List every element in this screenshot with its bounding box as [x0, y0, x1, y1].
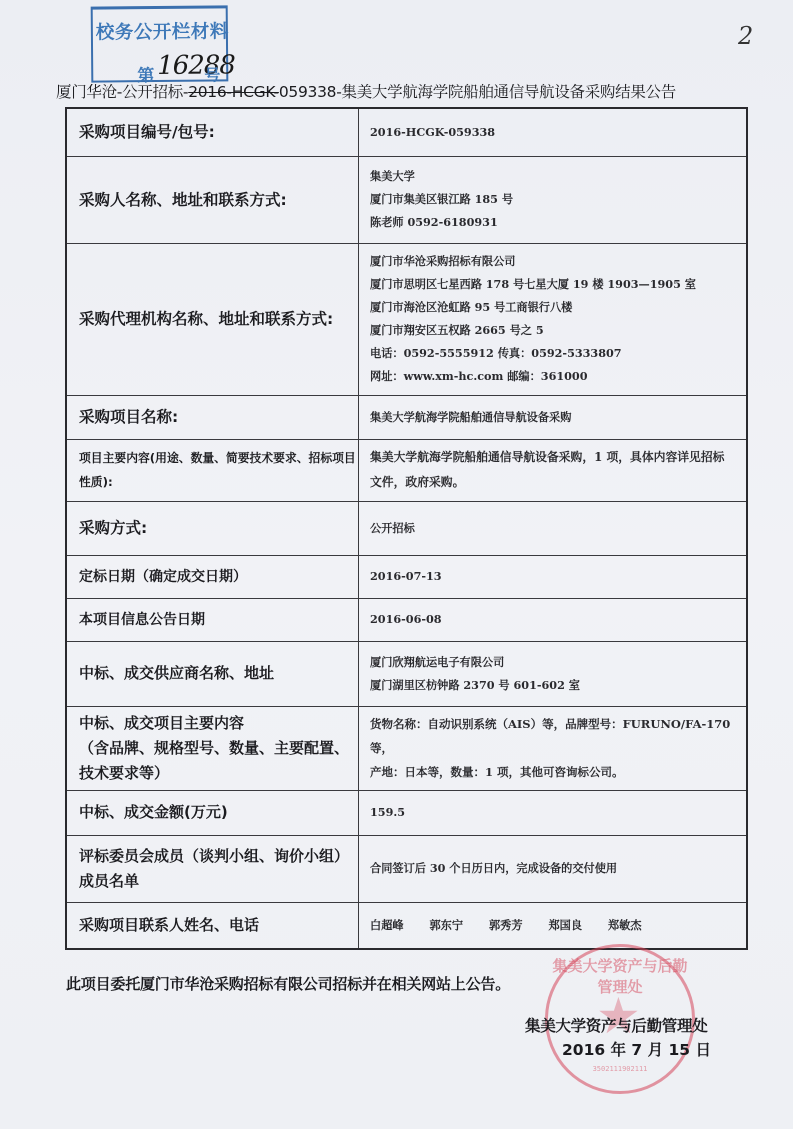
row-label: 采购项目联系人姓名、电话 [66, 902, 359, 949]
row-label: 本项目信息公告日期 [66, 598, 359, 641]
row-value: 厦门欣翔航运电子有限公司 厦门湖里区枋钟路 2370 号 601-602 室 [359, 641, 748, 706]
row-value: 公开招标 [359, 501, 748, 555]
row-value: 2016-06-08 [359, 598, 748, 641]
row-label: 评标委员会成员（谈判小组、询价小组） 成员名单 [66, 835, 359, 902]
table-row: 评标委员会成员（谈判小组、询价小组） 成员名单 合同签订后 30 个日历日内，完… [66, 835, 747, 902]
procurement-result-table: 采购项目编号/包号: 2016-HCGK-059338 采购人名称、地址和联系方… [65, 107, 748, 950]
table-row: 采购项目编号/包号: 2016-HCGK-059338 [66, 108, 747, 156]
signing-organization: 集美大学资产与后勤管理处 [525, 1014, 707, 1036]
row-label: 中标、成交供应商名称、地址 [66, 641, 359, 706]
contact-names: 白超峰 郭东宁 郭秀芳 郑国良 郑敏杰 [359, 902, 748, 949]
row-label: 中标、成交金额(万元) [66, 790, 359, 835]
row-value: 厦门市华沧采购招标有限公司 厦门市思明区七星西路 178 号七星大厦 19 楼 … [359, 243, 748, 395]
publicity-stamp: 校务公开栏材料 第 16288 号 [91, 5, 229, 82]
contact-name: 郭秀芳 [489, 914, 523, 937]
row-label: 采购人名称、地址和联系方式: [66, 156, 359, 243]
row-value: 集美大学航海学院船舶通信导航设备采购 [359, 395, 748, 439]
row-value: 2016-07-13 [359, 555, 748, 598]
table-row: 采购项目名称: 集美大学航海学院船舶通信导航设备采购 [66, 395, 747, 439]
row-label: 采购方式: [66, 501, 359, 555]
row-label: 项目主要内容(用途、数量、简要技术要求、招标项目性质): [66, 439, 359, 501]
row-value: 159.5 [359, 790, 748, 835]
document-title: 厦门华沧-公开招标-2016-HCGK-059338-集美大学航海学院船舶通信导… [56, 80, 756, 102]
row-label: 采购项目名称: [66, 395, 359, 439]
row-label: 采购项目编号/包号: [66, 108, 359, 156]
row-label: 采购代理机构名称、地址和联系方式: [66, 243, 359, 395]
title-suffix: 059338-集美大学航海学院船舶通信导航设备采购结果公告 [279, 83, 676, 101]
row-label: 定标日期（确定成交日期） [66, 555, 359, 598]
title-struck-part: 2016-HCGK- [188, 83, 279, 101]
contact-name: 郭东宁 [429, 914, 463, 937]
table-row: 中标、成交供应商名称、地址 厦门欣翔航运电子有限公司 厦门湖里区枋钟路 2370… [66, 641, 747, 706]
handwritten-page-number: 2 [738, 22, 753, 50]
table-row: 采购项目联系人姓名、电话 白超峰 郭东宁 郭秀芳 郑国良 郑敏杰 [66, 902, 747, 949]
row-value: 集美大学航海学院船舶通信导航设备采购，1 项，具体内容详见招标 文件，政府采购。 [359, 439, 748, 501]
row-value: 货物名称：自动识别系统（AIS）等，品牌型号：FURUNO/FA-170 等， … [359, 706, 748, 790]
table-row: 本项目信息公告日期 2016-06-08 [66, 598, 747, 641]
contact-name: 白超峰 [370, 914, 404, 937]
row-label: 中标、成交项目主要内容 （含品牌、规格型号、数量、主要配置、 技术要求等） [66, 706, 359, 790]
seal-code: 3502111902111 [570, 1065, 670, 1073]
table-row: 采购代理机构名称、地址和联系方式: 厦门市华沧采购招标有限公司 厦门市思明区七星… [66, 243, 747, 395]
table-row: 采购方式: 公开招标 [66, 501, 747, 555]
signing-date: 2016 年 7 月 15 日 [562, 1038, 711, 1060]
table-row: 中标、成交项目主要内容 （含品牌、规格型号、数量、主要配置、 技术要求等） 货物… [66, 706, 747, 790]
stamp-title: 校务公开栏材料 [95, 17, 230, 44]
title-prefix: 厦门华沧-公开招标- [56, 83, 188, 101]
row-value: 集美大学 厦门市集美区银江路 185 号 陈老师 0592-6180931 [359, 156, 748, 243]
footer-note: 此项目委托厦门市华沧采购招标有限公司招标并在相关网站上公告。 [66, 973, 510, 994]
stamp-handwritten-number: 16288 [157, 50, 235, 81]
contact-name: 郑国良 [548, 914, 582, 937]
table-row: 中标、成交金额(万元) 159.5 [66, 790, 747, 835]
row-value: 合同签订后 30 个日历日内，完成设备的交付使用 [359, 835, 748, 902]
row-value: 2016-HCGK-059338 [359, 108, 748, 156]
table-row: 采购人名称、地址和联系方式: 集美大学 厦门市集美区银江路 185 号 陈老师 … [66, 156, 747, 243]
table-row: 项目主要内容(用途、数量、简要技术要求、招标项目性质): 集美大学航海学院船舶通… [66, 439, 747, 501]
contact-name: 郑敏杰 [608, 914, 642, 937]
table-row: 定标日期（确定成交日期） 2016-07-13 [66, 555, 747, 598]
